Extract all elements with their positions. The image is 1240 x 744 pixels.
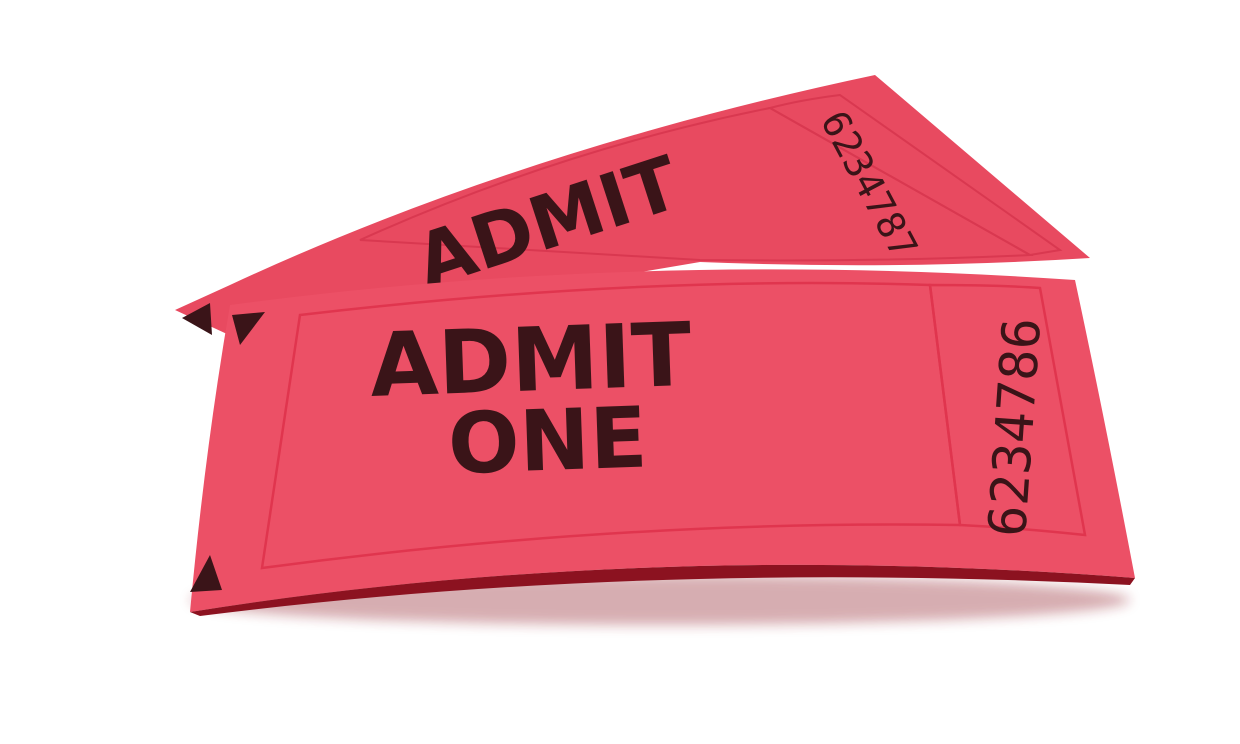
front-ticket: ADMIT ONE 6234786 [190, 269, 1135, 616]
tickets-illustration: ADMIT 6234787 ADMIT ONE 6234786 [0, 0, 1240, 744]
front-ticket-one: ONE [446, 388, 648, 493]
photo-scene: ADMIT 6234787 ADMIT ONE 6234786 [0, 0, 1240, 744]
